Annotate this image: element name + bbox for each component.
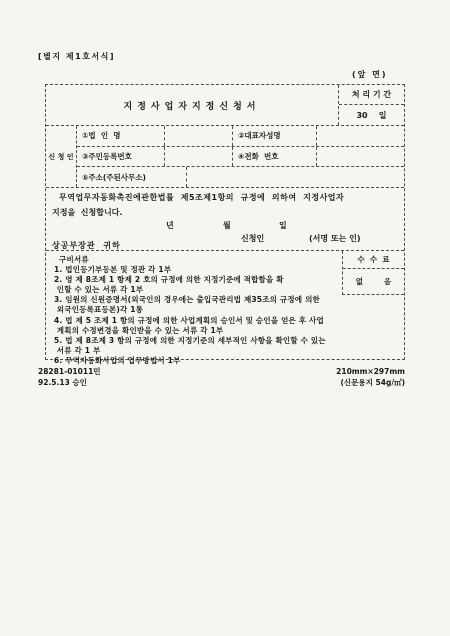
fee-value: 없 음 (343, 269, 404, 294)
applicant-section-label: 신 청 인 (46, 126, 77, 187)
document-item-line: 4. 법 제 5 조제 1 항의 규정에 의한 사업계획의 승인서 및 승인을 … (46, 316, 404, 326)
declaration-line-1: 무역업무자동화촉진에관한법률 제5조제1항의 규정에 의하여 지정사업자 (59, 192, 344, 203)
applicant-section: 신 청 인 ①법 인 명 ②대표자성명 ③주민등록번호 ④전화 번호 ⑤주소(주… (46, 126, 404, 188)
applicant-fields-grid: ①법 인 명 ②대표자성명 ③주민등록번호 ④전화 번호 ⑤주소(주된사무소) (77, 126, 404, 187)
resident-number-label: ③주민등록번호 (77, 147, 165, 167)
document-item-line: 6. 무역자동화사업의 업무방법서 1부 (46, 356, 404, 366)
phone-number-label: ④전화 번호 (233, 147, 317, 167)
resident-number-field (165, 147, 233, 167)
representative-name-field (317, 126, 404, 146)
applicant-row-3: ⑤주소(주된사무소) (77, 167, 404, 187)
page-side-note: (앞 면) (352, 69, 388, 80)
application-form-table: 지정사업자지정신청서 처 리 기 간 30 일 신 청 인 ①법 인 명 ②대표… (45, 84, 405, 360)
document-item-line: 3. 임원의 신원증명서(외국인의 경우에는 출입국관리법 제35조의 규정에 … (46, 295, 404, 305)
scanned-form-page: [별지 제1호서식] (앞 면) 지정사업자지정신청서 처 리 기 간 30 일… (0, 0, 450, 636)
document-item-line: 계획의 수정변경을 확인받을 수 있는 서류 각 1부 (46, 326, 404, 336)
corporation-name-label: ①법 인 명 (77, 126, 165, 146)
applicant-signature-label: 신청인 (241, 233, 264, 244)
required-documents-section: 수 수 료 없 음 구비서류 1. 법인등기부등본 및 정관 각 1부 2. 영… (46, 251, 404, 366)
fee-box: 수 수 료 없 음 (342, 251, 404, 295)
recipient-minister-line: 상공부장관 귀하 (52, 240, 121, 251)
declaration-section: 무역업무자동화촉진에관한법률 제5조제1항의 규정에 의하여 지정사업자 지정을… (46, 188, 404, 251)
form-number: 28281-01011민 (38, 366, 101, 377)
address-label: ⑤주소(주된사무소) (77, 167, 187, 187)
date-day-label: 일 (279, 220, 287, 231)
processing-period-value: 30 일 (339, 105, 404, 125)
footer-form-identifier: 28281-01011민 92.5.13 승인 (38, 366, 101, 388)
form-title: 지정사업자지정신청서 (46, 85, 338, 125)
title-row: 지정사업자지정신청서 처 리 기 간 30 일 (46, 85, 404, 126)
document-item-line: 서류 각 1 부 (46, 346, 404, 356)
document-item-line: 5. 법 제 8조제 3 항의 규정에 의한 지정기준의 세부적인 사항을 확인… (46, 336, 404, 346)
footer-paper-spec: 210mm×297mm (신문용지 54g/㎡) (336, 366, 405, 388)
phone-number-field (317, 147, 404, 167)
paper-size: 210mm×297mm (336, 366, 405, 377)
fee-label: 수 수 료 (343, 251, 404, 269)
date-month-label: 월 (223, 220, 231, 231)
applicant-row-1: ①법 인 명 ②대표자성명 (77, 126, 404, 147)
applicant-row-2: ③주민등록번호 ④전화 번호 (77, 147, 404, 168)
corporation-name-field (165, 126, 233, 146)
processing-period-box: 처 리 기 간 30 일 (338, 85, 404, 125)
signature-or-seal-note: (서명 또는 인) (309, 233, 361, 244)
paper-weight: (신문용지 54g/㎡) (336, 377, 405, 388)
representative-name-label: ②대표자성명 (233, 126, 317, 146)
declaration-line-2: 지정을 신청합니다. (52, 207, 122, 218)
form-reference-label: [별지 제1호서식] (38, 51, 115, 62)
approval-date: 92.5.13 승인 (38, 377, 101, 388)
document-item-line: 외국인등록표등본)각 1통 (46, 305, 404, 315)
processing-period-label: 처 리 기 간 (339, 85, 404, 105)
date-year-label: 년 (166, 220, 174, 231)
address-field (187, 167, 404, 187)
